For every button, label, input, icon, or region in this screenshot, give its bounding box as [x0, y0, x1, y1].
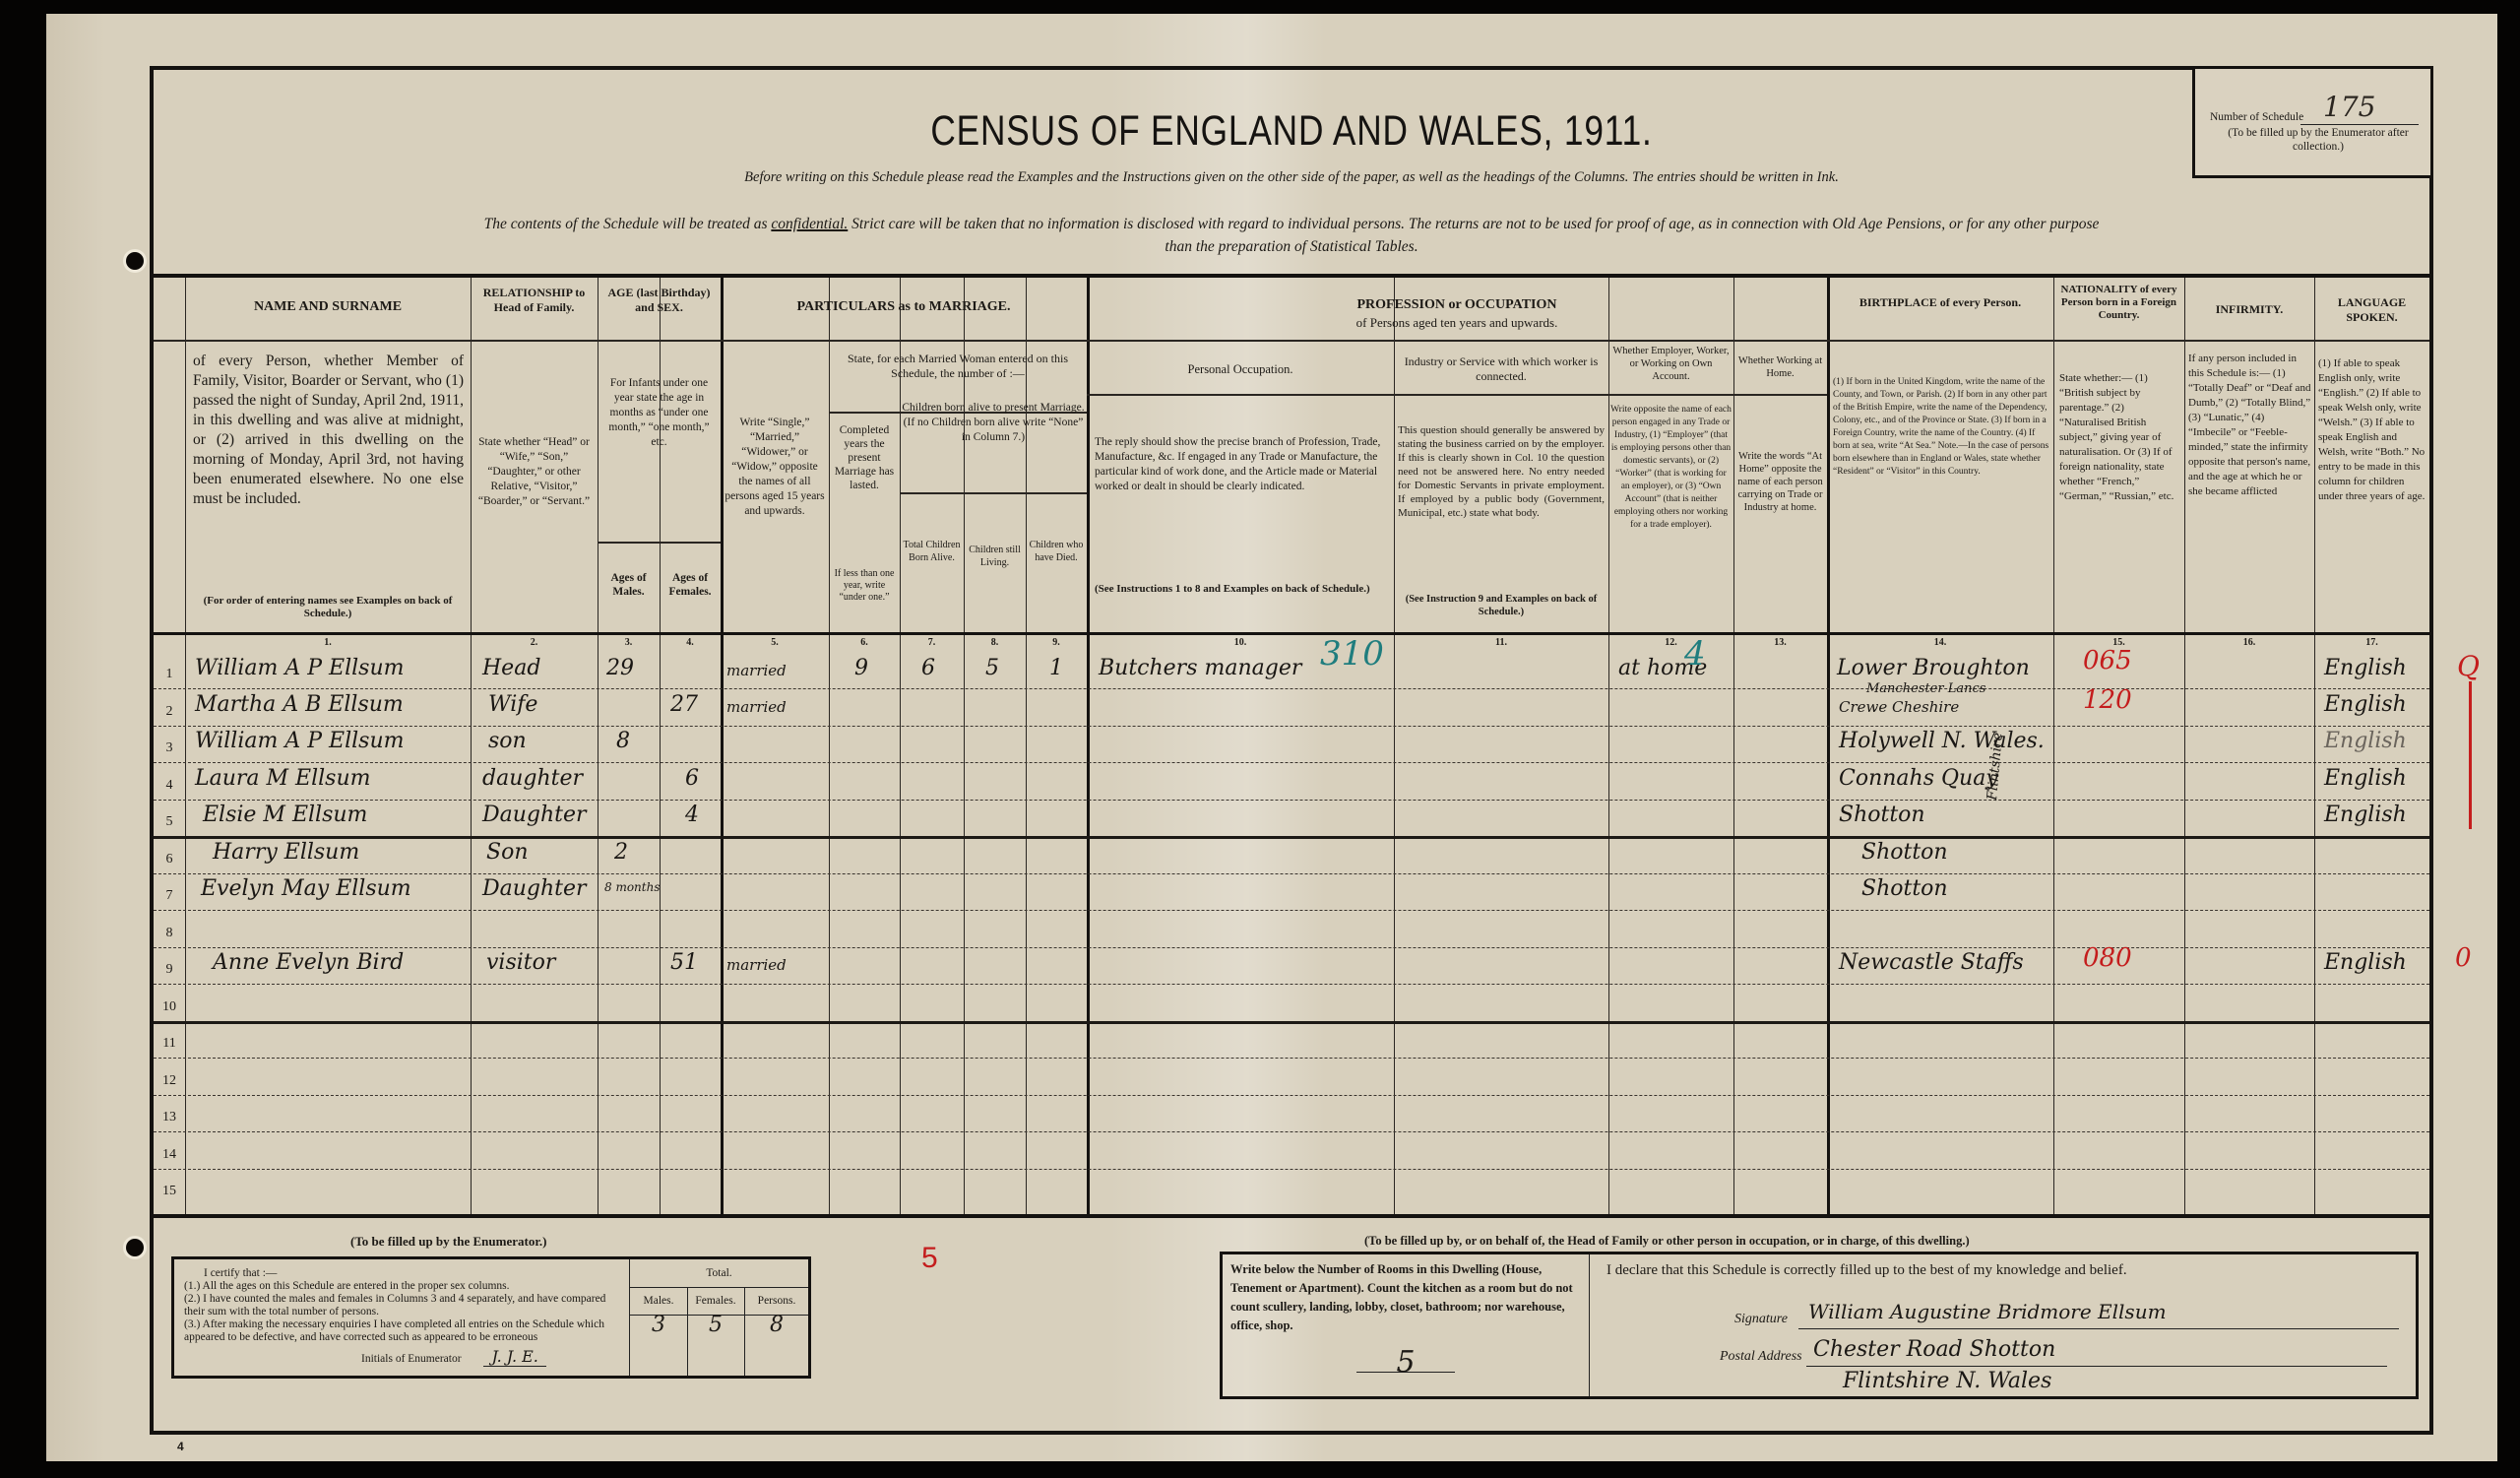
- header-language: LANGUAGE SPOKEN.: [2314, 295, 2429, 325]
- header-birthplace: BIRTHPLACE of every Person.: [1827, 295, 2053, 310]
- table-row: 11: [154, 1021, 2429, 1059]
- instruction-confidential: The contents of the Schedule will be tre…: [173, 213, 2410, 258]
- red-annotation: 5: [921, 1242, 938, 1275]
- nationality-code: 065: [2083, 646, 2132, 675]
- marital-status: married: [726, 662, 787, 679]
- header-marriage: PARTICULARS as to MARRIAGE.: [721, 299, 1087, 314]
- punch-hole: [126, 252, 144, 270]
- occupation-code: 310: [1320, 634, 1384, 674]
- table-row: 8: [154, 911, 2429, 948]
- punch-hole: [126, 1239, 144, 1256]
- rooms-count: 5: [1356, 1353, 1455, 1373]
- household-table: NAME AND SURNAME of every Person, whethe…: [154, 274, 2429, 1218]
- relationship: Head: [482, 656, 540, 680]
- rooms-box: Write below the Number of Rooms in this …: [1223, 1254, 1590, 1396]
- census-form: CENSUS OF ENGLAND AND WALES, 1911. Befor…: [150, 66, 2433, 1435]
- age-male: 29: [606, 656, 634, 680]
- head-section-title: (To be filled up by, or on behalf of, th…: [1364, 1234, 1970, 1249]
- header-name: NAME AND SURNAME: [185, 299, 471, 314]
- enumerator-section-title: (To be filled up by the Enumerator.): [350, 1234, 546, 1250]
- table-row: 12: [154, 1059, 2429, 1096]
- header-infirmity: INFIRMITY.: [2184, 302, 2314, 317]
- enumerator-initials: J. J. E.: [483, 1347, 545, 1367]
- header-nationality: NATIONALITY of every Person born in a Fo…: [2053, 284, 2184, 322]
- postal-address-line1: Chester Road Shotton: [1813, 1337, 2055, 1362]
- table-row: 13: [154, 1095, 2429, 1132]
- header-relationship: RELATIONSHIP to Head of Family.: [471, 286, 598, 315]
- total-persons: 8: [744, 1318, 809, 1331]
- postal-address-line2: Flintshire N. Wales: [1843, 1369, 2051, 1393]
- header-age: AGE (last Birthday) and SEX.: [598, 286, 721, 315]
- language: English: [2324, 656, 2407, 680]
- enumerator-certificate: I certify that :— (1.) All the ages on t…: [171, 1256, 811, 1379]
- occupation: Butchers manager: [1099, 656, 1301, 680]
- table-row: 14: [154, 1132, 2429, 1170]
- form-title: CENSUS OF ENGLAND AND WALES, 1911.: [358, 107, 2225, 156]
- birthplace: Lower Broughton: [1837, 656, 2030, 680]
- page-number: 4: [177, 1440, 184, 1453]
- margin-bracket: [2469, 681, 2472, 829]
- signature: William Augustine Bridmore Ellsum: [1808, 1300, 2167, 1323]
- head-declaration-box: Write below the Number of Rooms in this …: [1220, 1252, 2419, 1399]
- table-row: 15: [154, 1169, 2429, 1205]
- total-females: 5: [687, 1318, 744, 1331]
- schedule-number-box: Number of Schedule 175 (To be filled up …: [2192, 66, 2433, 178]
- person-name: William A P Ellsum: [195, 656, 404, 680]
- header-occupation: PROFESSION or OCCUPATION: [1087, 297, 1827, 312]
- totals-box: Total. Males. Females. Persons. 3 5 8: [629, 1259, 808, 1376]
- table-row: 10: [154, 985, 2429, 1024]
- instruction-ink: Before writing on this Schedule please r…: [154, 169, 2429, 186]
- schedule-number-value: 175: [2323, 91, 2375, 123]
- total-males: 3: [630, 1318, 687, 1331]
- margin-mark: Q: [2457, 650, 2480, 682]
